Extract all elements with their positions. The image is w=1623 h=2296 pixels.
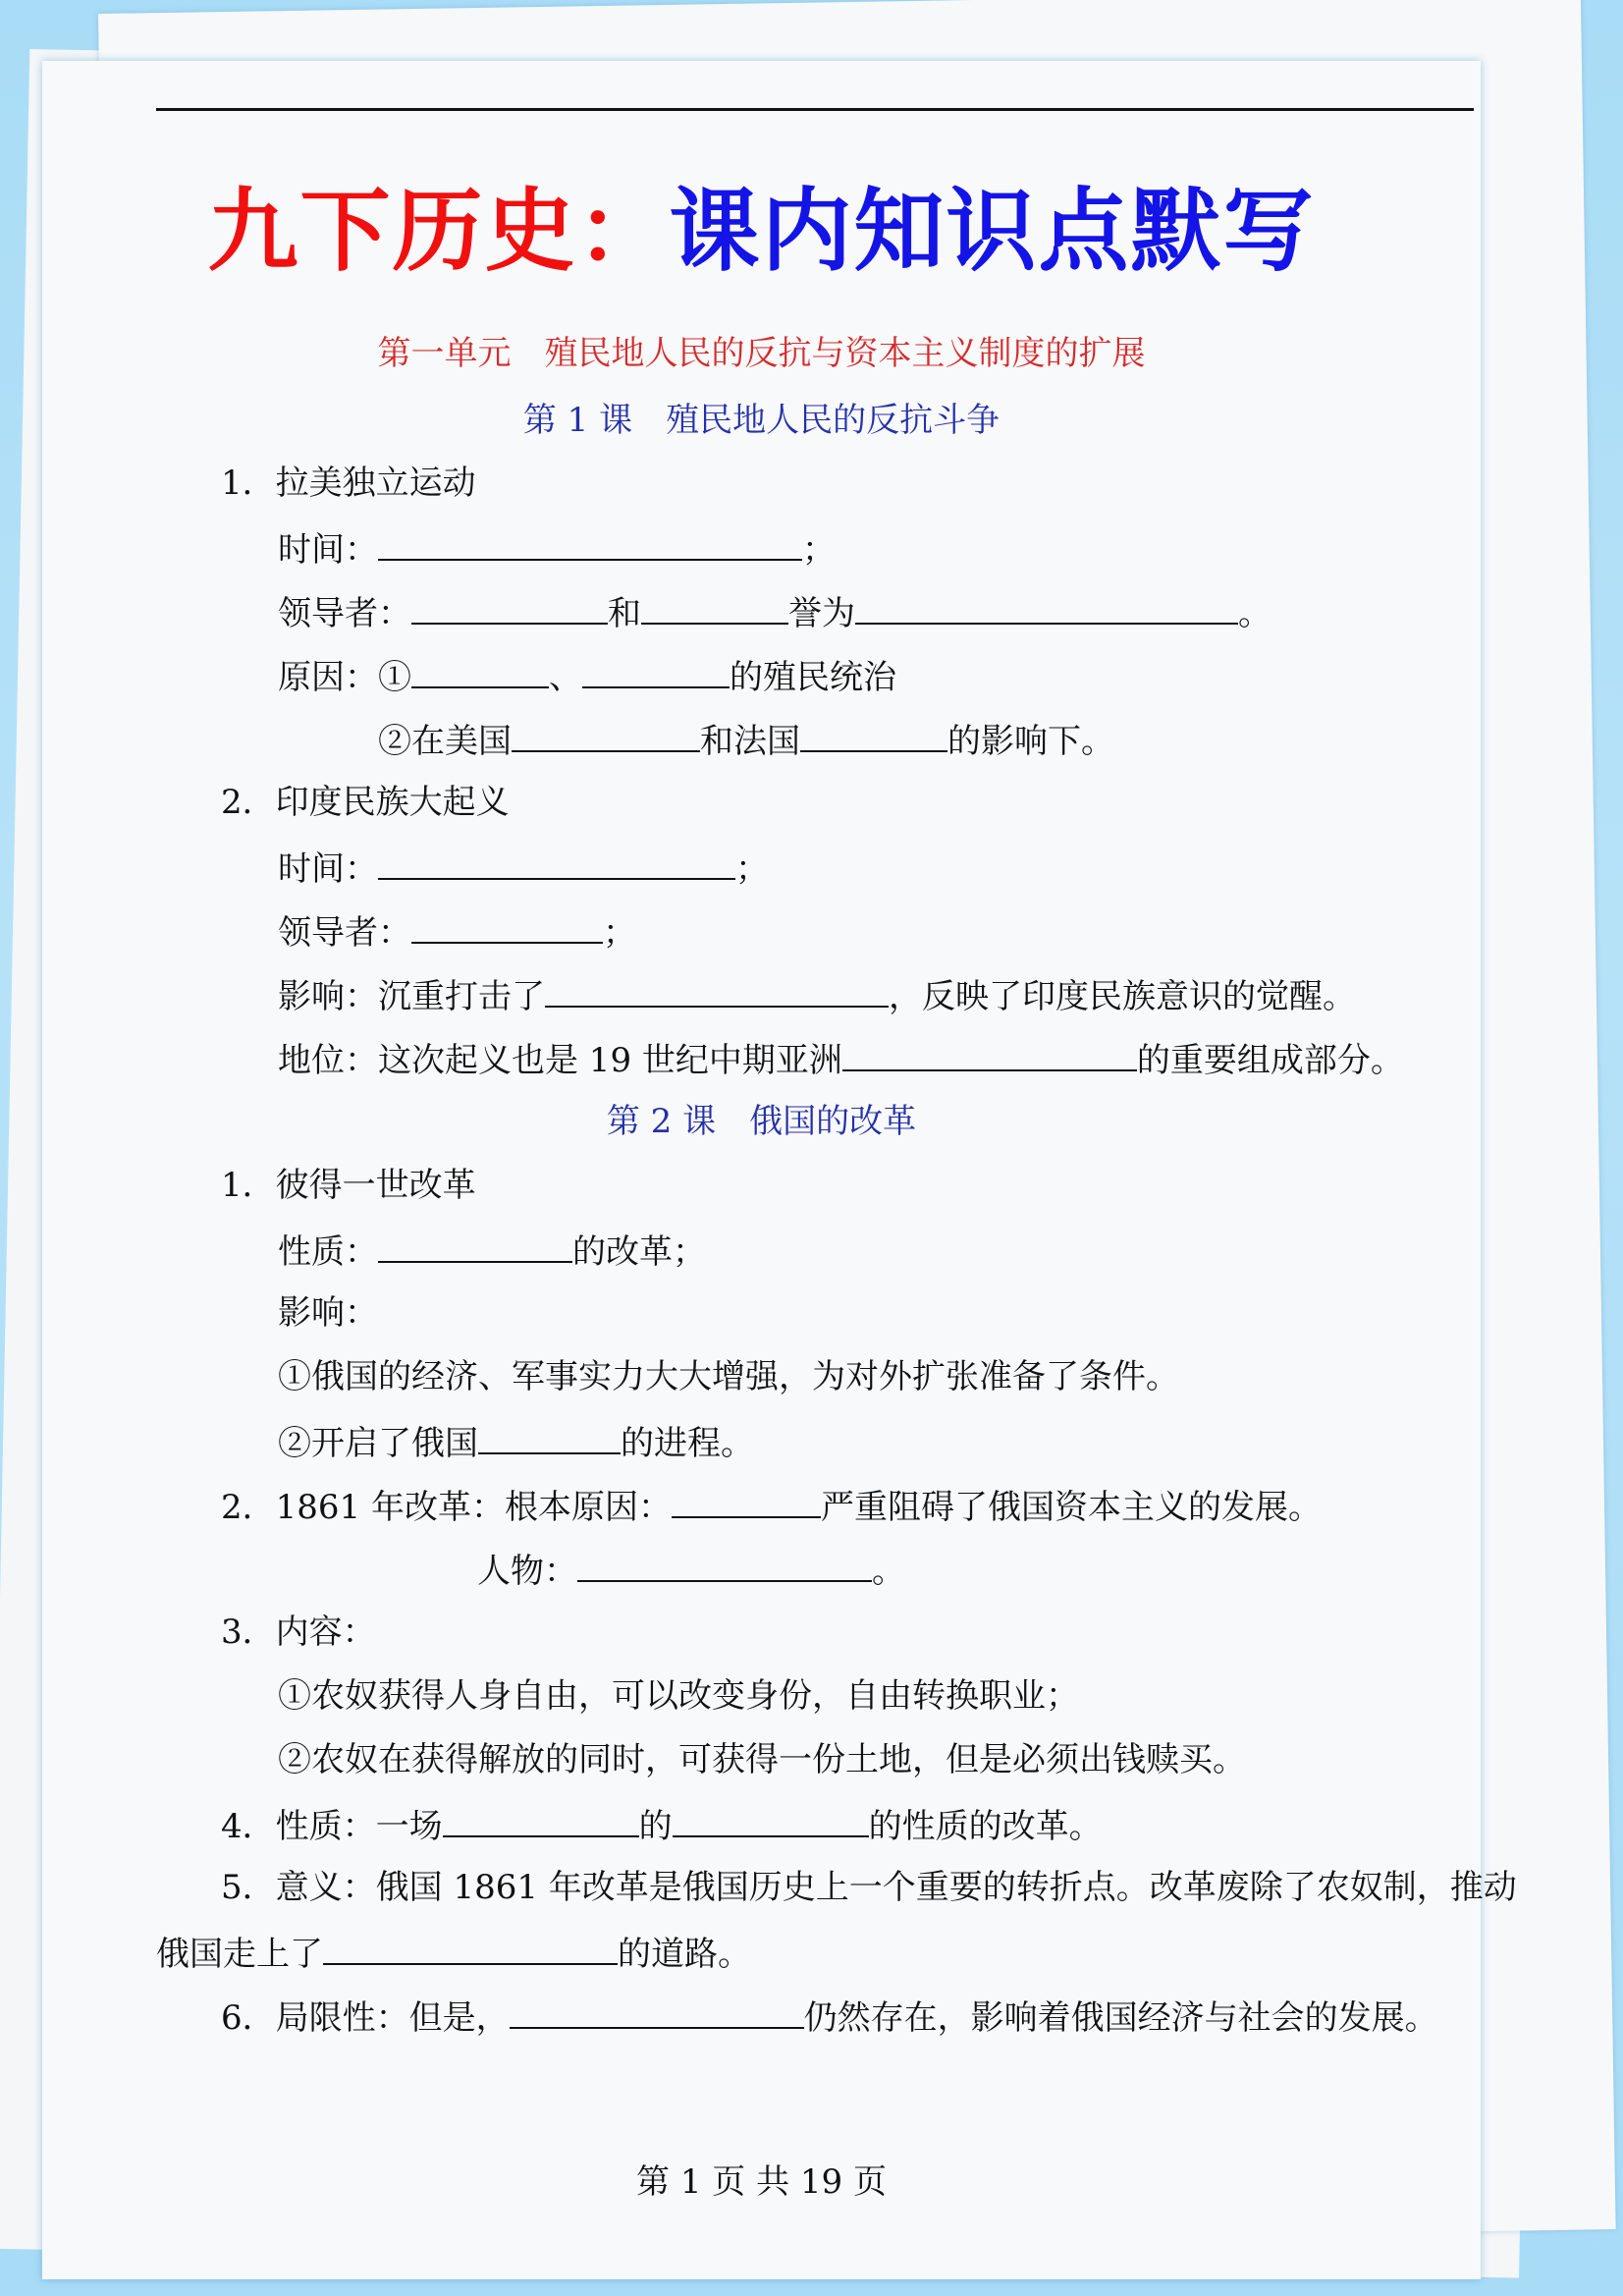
- field-label: 领导者：: [278, 913, 411, 953]
- answer-blank[interactable]: [673, 1804, 869, 1837]
- text: ，反映了印度民族意识的觉醒。: [889, 977, 1356, 1016]
- text: 影响：沉重打击了: [278, 977, 545, 1016]
- answer-blank[interactable]: [672, 1485, 821, 1518]
- text-line: ②农奴在获得解放的同时，可获得一份土地，但是必须出钱赎买。: [278, 1740, 1246, 1779]
- text: ②开启了俄国: [278, 1424, 478, 1463]
- title-subject: 九下历史：: [207, 179, 669, 284]
- answer-blank[interactable]: [512, 719, 700, 752]
- fill-line-root-cause: 2．1861 年改革：根本原因：严重阻碍了俄国资本主义的发展。: [221, 1485, 1322, 1527]
- answer-blank[interactable]: [443, 1804, 639, 1837]
- text: ②在美国: [378, 722, 512, 761]
- answer-blank[interactable]: [411, 591, 608, 625]
- field-label: 时间：: [278, 849, 378, 889]
- answer-blank[interactable]: [323, 1932, 618, 1965]
- fill-line-impact: 影响：沉重打击了，反映了印度民族意识的觉醒。: [278, 974, 1356, 1016]
- fill-line-nature: 4．性质：一场的的性质的改革。: [221, 1804, 1103, 1846]
- answer-blank[interactable]: [842, 1038, 1137, 1071]
- answer-blank[interactable]: [378, 847, 735, 880]
- fill-line-time: 时间：；: [278, 847, 769, 889]
- worksheet-page: 九下历史：课内知识点默写 第一单元 殖民地人民的反抗与资本主义制度的扩展 第 1…: [42, 61, 1481, 2279]
- text-line: ①农奴获得人身自由，可以改变身份，自由转换职业；: [278, 1676, 1079, 1716]
- fill-line-status: 地位：这次起义也是 19 世纪中期亚洲的重要组成部分。: [278, 1038, 1404, 1080]
- page-number: 第 1 页 共 19 页: [42, 2155, 1481, 2203]
- fill-line-cause-2: ②在美国和法国的影响下。: [378, 719, 1114, 761]
- text: 的影响下。: [947, 722, 1114, 761]
- answer-blank[interactable]: [577, 1549, 872, 1582]
- text: 和法国: [700, 722, 800, 761]
- text: 的性质的改革。: [869, 1807, 1103, 1846]
- field-label: 领导者：: [278, 594, 411, 633]
- answer-blank[interactable]: [378, 1230, 572, 1263]
- field-label: 影响：: [278, 1293, 378, 1333]
- text: 的: [639, 1807, 673, 1846]
- answer-blank[interactable]: [855, 591, 1238, 625]
- text: 俄国走上了: [156, 1935, 323, 1974]
- answer-blank[interactable]: [411, 910, 603, 944]
- section-heading: 1．拉美独立运动: [221, 464, 476, 503]
- text: 仍然存在，影响着俄国经济与社会的发展。: [804, 1998, 1438, 2038]
- text: 和: [608, 594, 641, 633]
- punct: ；: [802, 530, 836, 570]
- header-rule: [156, 108, 1474, 111]
- text: 4．性质：一场: [221, 1807, 443, 1846]
- text: 的改革；: [572, 1232, 706, 1272]
- answer-blank[interactable]: [510, 1995, 804, 2029]
- lesson-heading: 第 2 课 俄国的改革: [42, 1102, 1481, 1141]
- punct: 、: [549, 658, 582, 697]
- fill-line-significance: 俄国走上了的道路。: [156, 1932, 751, 1974]
- answer-blank[interactable]: [411, 655, 549, 688]
- text: 誉为: [788, 594, 855, 633]
- text: 6．局限性：但是，: [221, 1998, 510, 2038]
- answer-blank[interactable]: [378, 527, 802, 561]
- lesson-heading: 第 1 课 殖民地人民的反抗斗争: [42, 401, 1481, 440]
- text: 地位：这次起义也是 19 世纪中期亚洲: [278, 1041, 842, 1080]
- fill-line-person: 人物：。: [477, 1549, 905, 1591]
- field-label: 性质：: [278, 1232, 378, 1272]
- fill-line-leader: 领导者：和誉为。: [278, 591, 1271, 633]
- text: 2．1861 年改革：根本原因：: [221, 1488, 672, 1527]
- text: 的道路。: [618, 1935, 751, 1974]
- section-heading: 2．印度民族大起义: [221, 783, 510, 822]
- fill-line-cause: 原因：①、的殖民统治: [278, 655, 896, 697]
- field-label: 人物：: [477, 1552, 577, 1591]
- answer-blank[interactable]: [582, 655, 730, 688]
- text: 的殖民统治: [730, 658, 896, 697]
- punct: 。: [872, 1552, 905, 1591]
- unit-heading: 第一单元 殖民地人民的反抗与资本主义制度的扩展: [42, 334, 1481, 373]
- fill-line-time: 时间：；: [278, 527, 836, 570]
- fill-line-nature: 性质：的改革；: [278, 1230, 706, 1272]
- punct: ；: [603, 913, 636, 953]
- answer-blank[interactable]: [641, 591, 788, 625]
- fill-line-leader: 领导者：；: [278, 910, 636, 953]
- field-label: 原因：①: [278, 658, 411, 697]
- text: 的重要组成部分。: [1137, 1041, 1404, 1080]
- answer-blank[interactable]: [545, 974, 889, 1008]
- text-line: 5．意义：俄国 1861 年改革是俄国历史上一个重要的转折点。改革废除了农奴制，…: [221, 1868, 1517, 1907]
- punct: ；: [735, 849, 769, 889]
- section-heading: 1．彼得一世改革: [221, 1166, 476, 1205]
- fill-line-limitation: 6．局限性：但是，仍然存在，影响着俄国经济与社会的发展。: [221, 1995, 1438, 2038]
- section-heading: 3．内容：: [221, 1613, 376, 1652]
- title-topic: 课内知识点默写: [670, 179, 1316, 284]
- text: 的进程。: [621, 1424, 754, 1463]
- punct: 。: [1238, 594, 1271, 633]
- fill-line-impact-2: ②开启了俄国的进程。: [278, 1421, 754, 1463]
- text: 严重阻碍了俄国资本主义的发展。: [821, 1488, 1322, 1527]
- field-label: 时间：: [278, 530, 378, 570]
- text-line: ①俄国的经济、军事实力大大增强，为对外扩张准备了条件。: [278, 1357, 1179, 1396]
- page-title: 九下历史：课内知识点默写: [42, 187, 1481, 277]
- answer-blank[interactable]: [800, 719, 947, 752]
- answer-blank[interactable]: [478, 1421, 621, 1454]
